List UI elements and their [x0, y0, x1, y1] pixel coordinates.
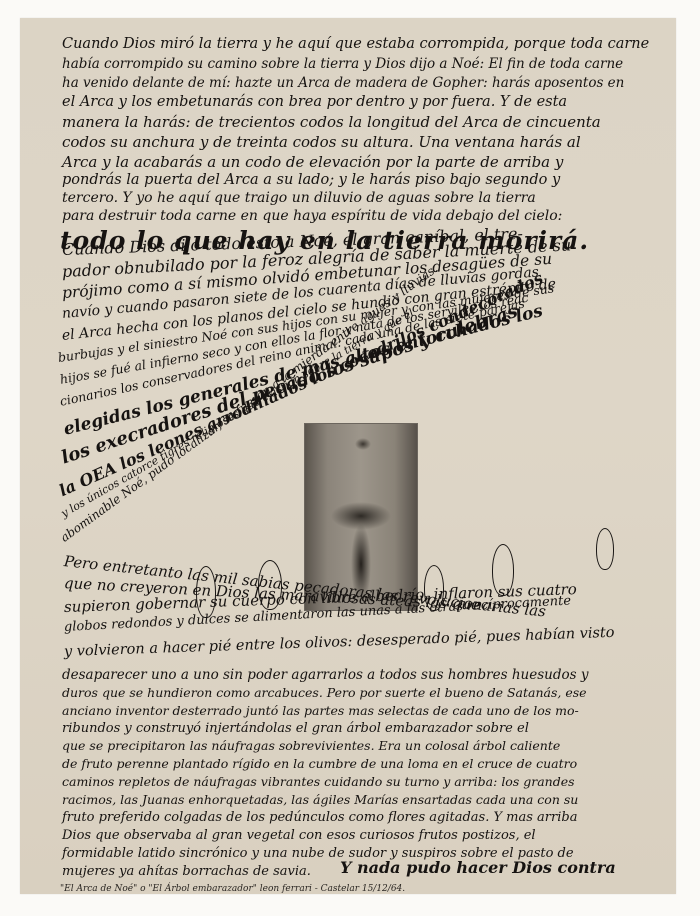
- text-line: que se precipitaron las náufragas sobrev…: [62, 738, 560, 753]
- text-line: el Arca y los embetunarás con brea por d…: [62, 94, 567, 110]
- closing-line: Y nada pudo hacer Dios contra: [340, 858, 616, 877]
- text-line: ribundos y construyó injertándolas el gr…: [62, 721, 529, 736]
- artwork-caption: "El Arca de Noé" o "El Árbol embarazador…: [60, 884, 405, 894]
- text-line: de fruto perenne plantado rígido en la c…: [62, 756, 577, 771]
- text-line: había corrompido su camino sobre la tier…: [62, 56, 623, 72]
- text-line: Arca y la acabarás a un codo de elevació…: [62, 153, 563, 171]
- text-line: caminos repletos de náufragas vibrantes …: [62, 774, 575, 789]
- text-line: tercero. Y yo he aquí que traigo un dilu…: [62, 190, 536, 206]
- text-line: duros que se hundieron como arcabuces. P…: [62, 685, 587, 700]
- text-line: mujeres ya ahítas borrachas de savia.: [62, 864, 311, 879]
- text-line: fruto preferido colgadas de los pedúncul…: [62, 810, 577, 825]
- text-line: ha venido delante de mí: hazte un Arca d…: [62, 75, 624, 91]
- decorative-loop: [596, 528, 614, 570]
- text-line: Cuando Dios miró la tierra y he aquí que…: [62, 36, 649, 52]
- text-line: Dios que observaba al gran vegetal con e…: [62, 828, 536, 843]
- text-line: para destruir toda carne en que haya esp…: [62, 208, 562, 224]
- text-line: racimos, las Juanas enhorquetadas, las á…: [62, 792, 578, 807]
- text-line: pondrás la puerta del Arca a su lado; y …: [62, 172, 560, 188]
- text-line: codos su anchura y de treinta codos su a…: [62, 133, 581, 151]
- text-line: anciano inventor desterrado juntó las pa…: [62, 703, 579, 718]
- text-line: manera la harás: de trecientos codos la …: [62, 113, 601, 131]
- text-line: desaparecer uno a uno sin poder agarrarl…: [62, 667, 588, 683]
